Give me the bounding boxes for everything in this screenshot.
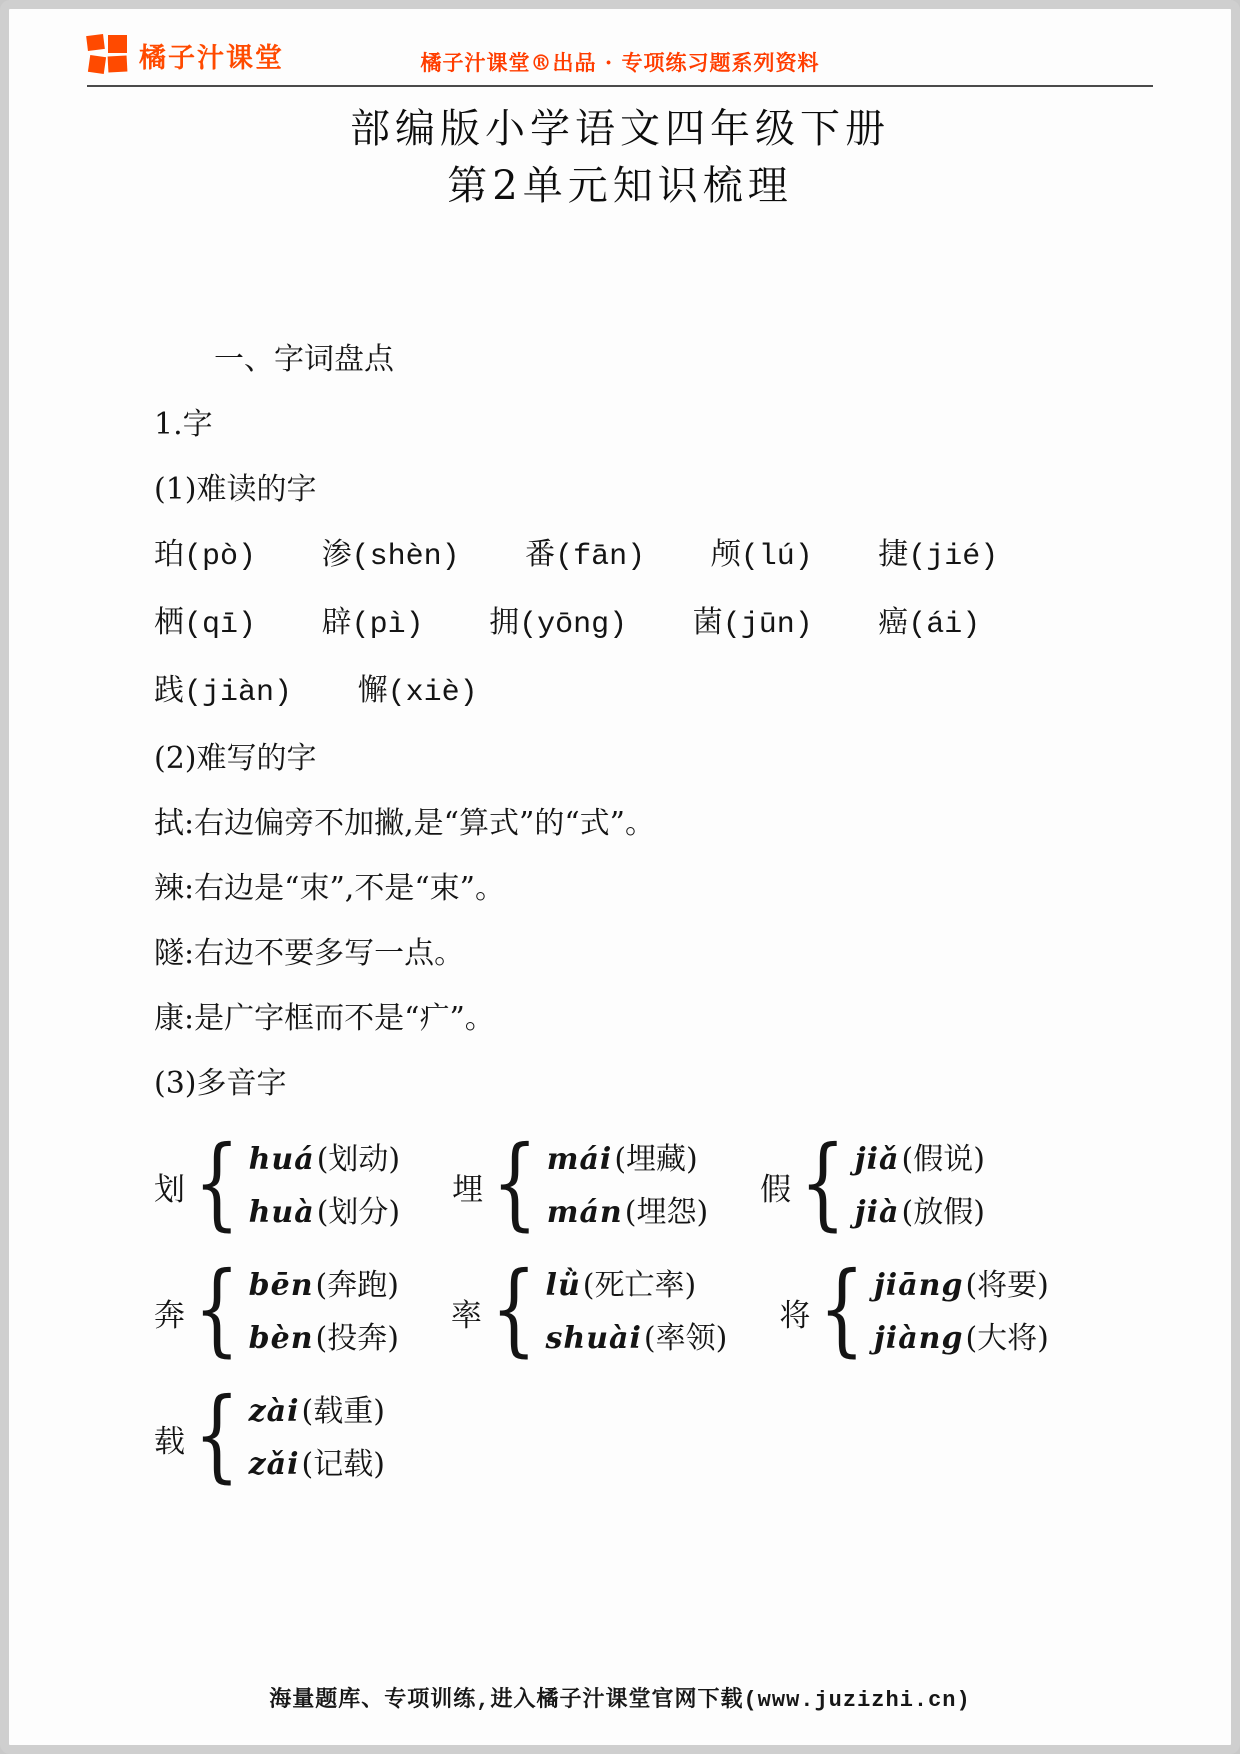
example-word: (假说) [901, 1142, 984, 1177]
polyphonic-char: 假 [760, 1164, 791, 1209]
example-word: (埋怨) [625, 1195, 708, 1230]
hanzi-entry: 颅(lú) [711, 540, 813, 574]
example-word: (奔跑) [316, 1268, 399, 1303]
pinyin: huá [249, 1142, 315, 1177]
reading: huá(划动) [249, 1133, 400, 1186]
pinyin: jiāng [874, 1268, 963, 1303]
polyphonic-row: 划 { huá(划动) huà(划分) 埋 { mái(埋藏) mán(埋怨) … [154, 1130, 1151, 1242]
hard-read-row: 栖(qī) 辟(pì) 拥(yōng) 菌(jūn) 癌(ái) [154, 590, 1151, 658]
hanzi-entry: 拥(yōng) [489, 608, 627, 642]
example-word: (放假) [901, 1195, 984, 1230]
pinyin: shuài [546, 1321, 642, 1356]
page-header: 橘子汁课堂 橘子汁课堂®出品 · 专项练习题系列资料 [87, 35, 1153, 87]
reading: zǎi(记载) [249, 1438, 385, 1491]
brace-icon: { [194, 1138, 240, 1228]
hard-read-row: 践(jiàn) 懈(xiè) [154, 658, 1151, 726]
reading: mán(埋怨) [547, 1186, 708, 1239]
hard-write-line: 隧:右边不要多写一点。 [154, 921, 1151, 986]
hanzi-entry: 践(jiàn) [154, 676, 292, 710]
brace-icon: { [491, 1264, 537, 1354]
reading: jiǎ(假说) [855, 1133, 985, 1186]
hanzi-entry: 癌(ái) [878, 608, 980, 642]
pinyin: mái [547, 1142, 613, 1177]
hard-write-line: 辣:右边是“朿”,不是“束”。 [154, 856, 1151, 921]
polyphonic-row: 奔 { bēn(奔跑) bèn(投奔) 率 { lǜ(死亡率) shuài(率领… [154, 1256, 1151, 1368]
hard-read-label: (1)难读的字 [154, 457, 1151, 522]
reading: zài(载重) [249, 1385, 385, 1438]
reading: lǜ(死亡率) [546, 1259, 728, 1312]
hard-write-line: 拭:右边偏旁不加撇,是“算式”的“式”。 [154, 791, 1151, 856]
polyphonic-entry: 将 { jiāng(将要) jiàng(大将) [779, 1259, 1049, 1365]
reading: shuài(率领) [546, 1312, 728, 1365]
example-word: (将要) [965, 1268, 1048, 1303]
example-word: (划分) [317, 1195, 400, 1230]
reading: huà(划分) [249, 1186, 400, 1239]
polyphonic-char: 划 [154, 1164, 185, 1209]
example-word: (率领) [644, 1321, 727, 1356]
reading: jià(放假) [855, 1186, 985, 1239]
subsection-label: 1.字 [154, 392, 1151, 457]
polyphonic-char: 载 [154, 1416, 185, 1461]
polyphonic-char: 埋 [452, 1164, 483, 1209]
pinyin: jià [855, 1195, 900, 1230]
pinyin: lǜ [546, 1268, 581, 1303]
hanzi-entry: 捷(jié) [878, 540, 998, 574]
reading: jiāng(将要) [874, 1259, 1049, 1312]
example-word: (埋藏) [614, 1142, 697, 1177]
pinyin: zǎi [249, 1447, 300, 1482]
reading: bēn(奔跑) [249, 1259, 399, 1312]
polyphonic-entry: 划 { huá(划动) huà(划分) [154, 1133, 400, 1239]
polyphonic-char: 将 [779, 1290, 810, 1335]
reading: jiàng(大将) [874, 1312, 1049, 1365]
hanzi-entry: 番(fān) [525, 540, 645, 574]
title-line-1: 部编版小学语文四年级下册 [9, 101, 1231, 158]
brace-icon: { [194, 1390, 240, 1480]
document-title: 部编版小学语文四年级下册 第2单元知识梳理 [9, 101, 1231, 215]
polyphonic-entry: 埋 { mái(埋藏) mán(埋怨) [452, 1133, 708, 1239]
example-word: (死亡率) [583, 1268, 696, 1303]
polyphonic-entry: 假 { jiǎ(假说) jià(放假) [760, 1133, 985, 1239]
title-line-2: 第2单元知识梳理 [9, 158, 1231, 215]
pinyin: jiàng [874, 1321, 963, 1356]
polyphonic-char: 奔 [154, 1290, 185, 1335]
hard-write-line: 康:是广字框而不是“疒”。 [154, 986, 1151, 1051]
pinyin: zài [249, 1394, 300, 1429]
hanzi-entry: 珀(pò) [154, 540, 256, 574]
brace-icon: { [819, 1264, 865, 1354]
hanzi-entry: 渗(shèn) [322, 540, 460, 574]
example-word: (划动) [317, 1142, 400, 1177]
pinyin: mán [547, 1195, 623, 1230]
pinyin: bèn [249, 1321, 314, 1356]
hanzi-entry: 懈(xiè) [358, 676, 478, 710]
polyphonic-entry: 载 { zài(载重) zǎi(记载) [154, 1385, 385, 1491]
reading: mái(埋藏) [547, 1133, 708, 1186]
pinyin: bēn [249, 1268, 314, 1303]
example-word: (投奔) [316, 1321, 399, 1356]
example-word: (载重) [302, 1394, 385, 1429]
document-body: 一、字词盘点 1.字 (1)难读的字 珀(pò) 渗(shèn) 番(fān) … [154, 327, 1151, 1494]
brace-icon: { [800, 1138, 846, 1228]
document-page: 橘子汁课堂 橘子汁课堂®出品 · 专项练习题系列资料 部编版小学语文四年级下册 … [0, 0, 1240, 1754]
section-heading: 一、字词盘点 [154, 327, 1151, 392]
pinyin: huà [249, 1195, 315, 1230]
page-footer: 海量题库、专项训练,进入橘子汁课堂官网下载(www.juzizhi.cn) [9, 1682, 1231, 1713]
hard-write-label: (2)难写的字 [154, 726, 1151, 791]
pinyin: jiǎ [855, 1142, 900, 1177]
polyphonic-char: 率 [451, 1290, 482, 1335]
hanzi-entry: 栖(qī) [154, 608, 256, 642]
example-word: (大将) [965, 1321, 1048, 1356]
example-word: (记载) [302, 1447, 385, 1482]
polyphonic-row: 载 { zài(载重) zǎi(记载) [154, 1382, 1151, 1494]
reading: bèn(投奔) [249, 1312, 399, 1365]
polyphonic-entry: 率 { lǜ(死亡率) shuài(率领) [451, 1259, 727, 1365]
hanzi-entry: 辟(pì) [322, 608, 424, 642]
hanzi-entry: 菌(jūn) [693, 608, 813, 642]
polyphonic-entry: 奔 { bēn(奔跑) bèn(投奔) [154, 1259, 399, 1365]
hard-read-row: 珀(pò) 渗(shèn) 番(fān) 颅(lú) 捷(jié) [154, 522, 1151, 590]
brace-icon: { [492, 1138, 538, 1228]
poly-label: (3)多音字 [154, 1051, 1151, 1116]
brace-icon: { [194, 1264, 240, 1354]
header-tagline: 橘子汁课堂®出品 · 专项练习题系列资料 [87, 47, 1153, 77]
